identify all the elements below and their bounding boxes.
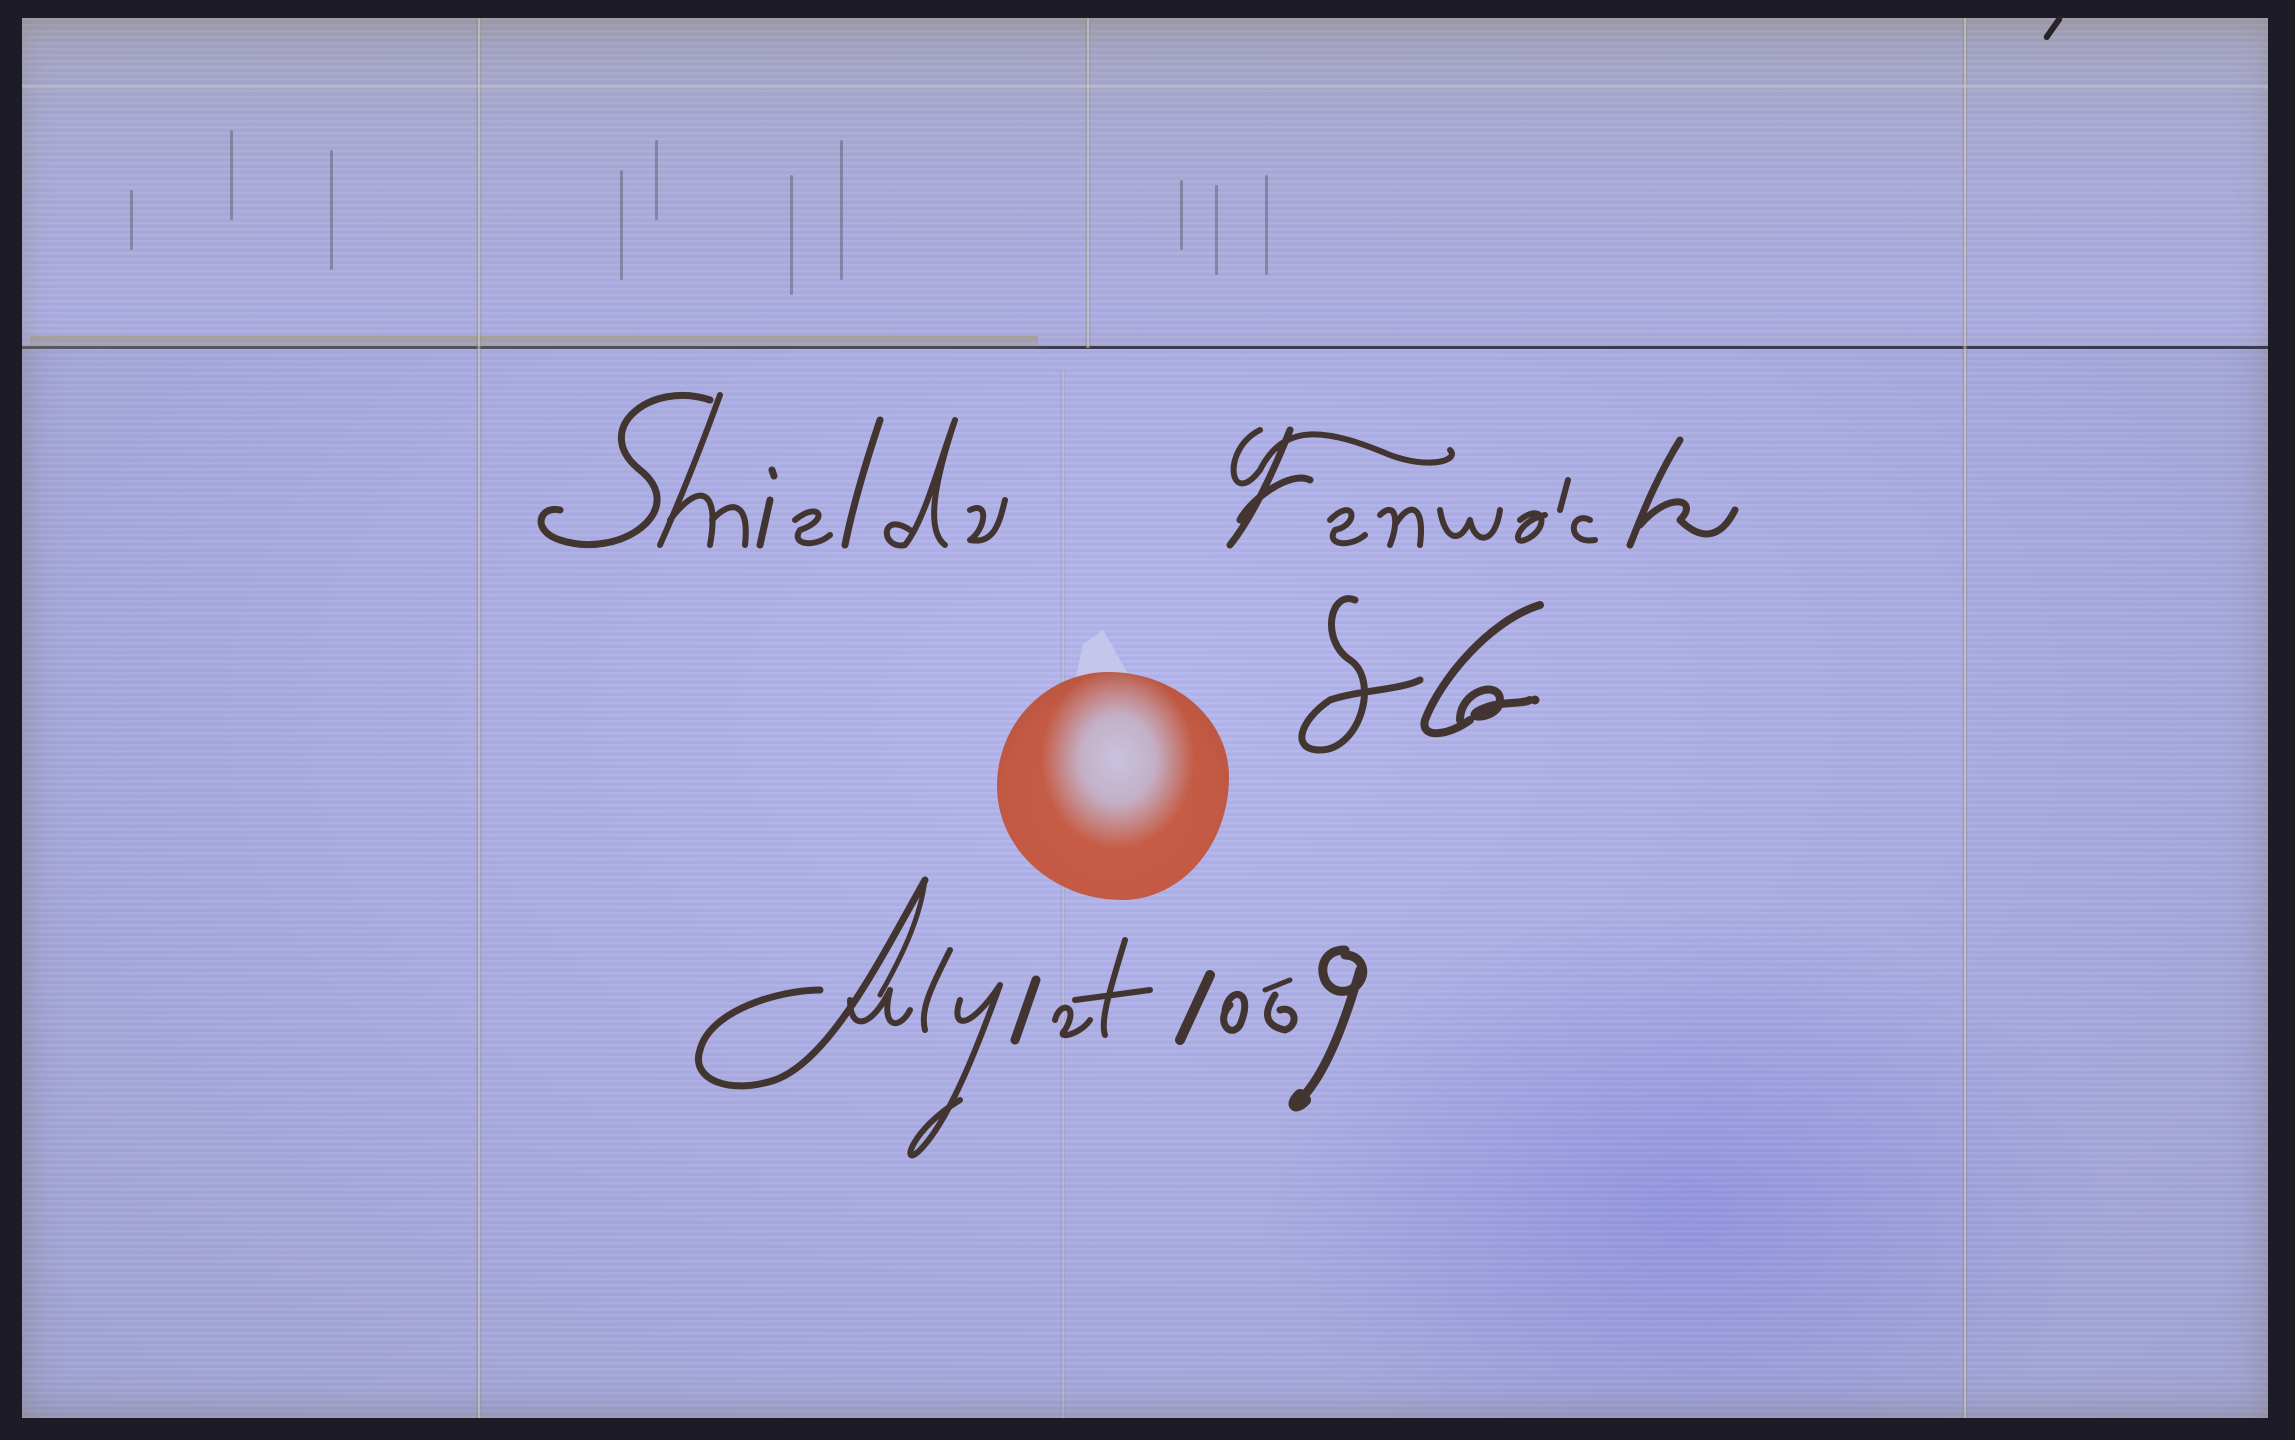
- docket: Shields Fenwick & Co. July 1st 1859: [0, 0, 2295, 1440]
